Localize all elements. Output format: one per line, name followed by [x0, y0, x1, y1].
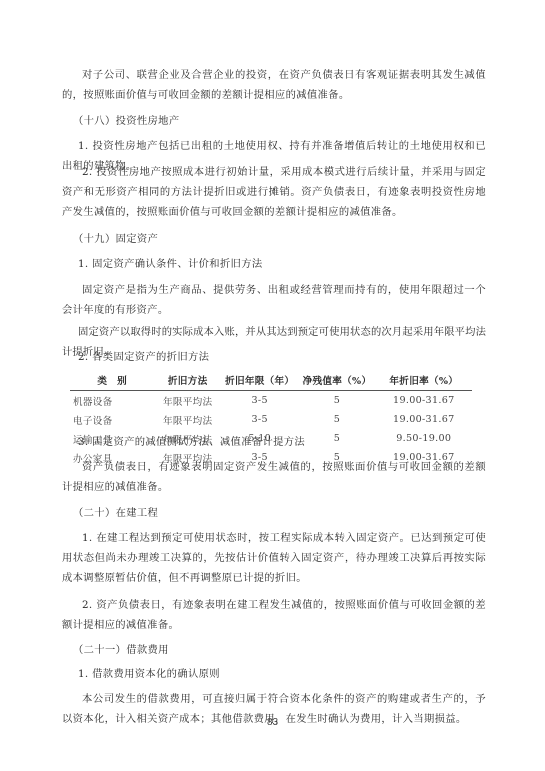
section-heading-investment-property: （十八）投资性房地产	[73, 111, 179, 131]
paragraph-fixed-asset-impairment: 资产负债表日，有迹象表明固定资产发生减值的，按照账面价值与可收回金额的差额计提相…	[62, 457, 486, 497]
paragraph-construction-impairment: 2. 资产负债表日，有迹象表明在建工程发生减值的，按照账面价值与可收回金额的差额…	[62, 595, 486, 635]
document-page: 对子公司、联营企业及合营企业的投资，在资产负债表日有客观证据表明其发生减值的，按…	[0, 0, 545, 771]
cell-category: 机器设备	[70, 391, 154, 411]
cell-useful-life: 3-5	[221, 391, 298, 411]
cell-residual-rate: 5	[298, 391, 375, 411]
cell-annual-rate: 19.00-31.67	[376, 410, 472, 429]
table-row: 电子设备 年限平均法 3-5 5 19.00-31.67	[70, 410, 472, 429]
cell-useful-life: 3-5	[221, 410, 298, 429]
paragraph-fixed-asset-definition: 固定资产是指为生产商品、提供劳务、出租或经营管理而持有的，使用年限超过一个会计年…	[62, 280, 486, 320]
depreciation-table: 类 别 折旧方法 折旧年限（年） 净残值率（%） 年折旧率（%） 机器设备 年限…	[70, 370, 472, 467]
paragraph-construction-transfer: 1. 在建工程达到预定可使用状态时，按工程实际成本转入固定资产。已达到预定可使用…	[62, 528, 486, 588]
section-heading-fixed-assets: （十九）固定资产	[73, 229, 158, 249]
subheading-capitalization-principle: 1. 借款费用资本化的确认原则	[78, 664, 220, 684]
section-heading-borrowing-costs: （二十一）借款费用	[73, 640, 169, 660]
section-heading-construction-in-progress: （二十）在建工程	[73, 503, 158, 523]
header-useful-life: 折旧年限（年）	[221, 370, 298, 391]
cell-annual-rate: 19.00-31.67	[376, 391, 472, 411]
cell-annual-rate: 9.50-19.00	[376, 429, 472, 448]
header-method: 折旧方法	[154, 370, 221, 391]
page-number: 83	[0, 717, 545, 728]
cell-method: 年限平均法	[154, 410, 221, 429]
table-header-row: 类 别 折旧方法 折旧年限（年） 净残值率（%） 年折旧率（%）	[70, 370, 472, 391]
header-residual-rate: 净残值率（%）	[298, 370, 375, 391]
cell-method: 年限平均法	[154, 391, 221, 411]
paragraph-subsidiary-investment-impairment: 对子公司、联营企业及合营企业的投资，在资产负债表日有客观证据表明其发生减值的，按…	[62, 65, 486, 105]
table-row: 机器设备 年限平均法 3-5 5 19.00-31.67	[70, 391, 472, 411]
paragraph-investment-property-measurement: 2. 投资性房地产按照成本进行初始计量，采用成本模式进行后续计量，并采用与固定资…	[62, 162, 486, 222]
subheading-fixed-asset-recognition: 1. 固定资产确认条件、计价和折旧方法	[78, 254, 263, 274]
cell-residual-rate: 5	[298, 410, 375, 429]
subheading-impairment-testing: 3. 固定资产的减值测试方法、减值准备计提方法	[78, 432, 305, 452]
cell-residual-rate: 5	[298, 429, 375, 448]
subheading-depreciation-methods: 2. 各类固定资产的折旧方法	[78, 347, 209, 367]
header-category: 类 别	[70, 370, 154, 391]
header-annual-rate: 年折旧率（%）	[376, 370, 472, 391]
cell-category: 电子设备	[70, 410, 154, 429]
